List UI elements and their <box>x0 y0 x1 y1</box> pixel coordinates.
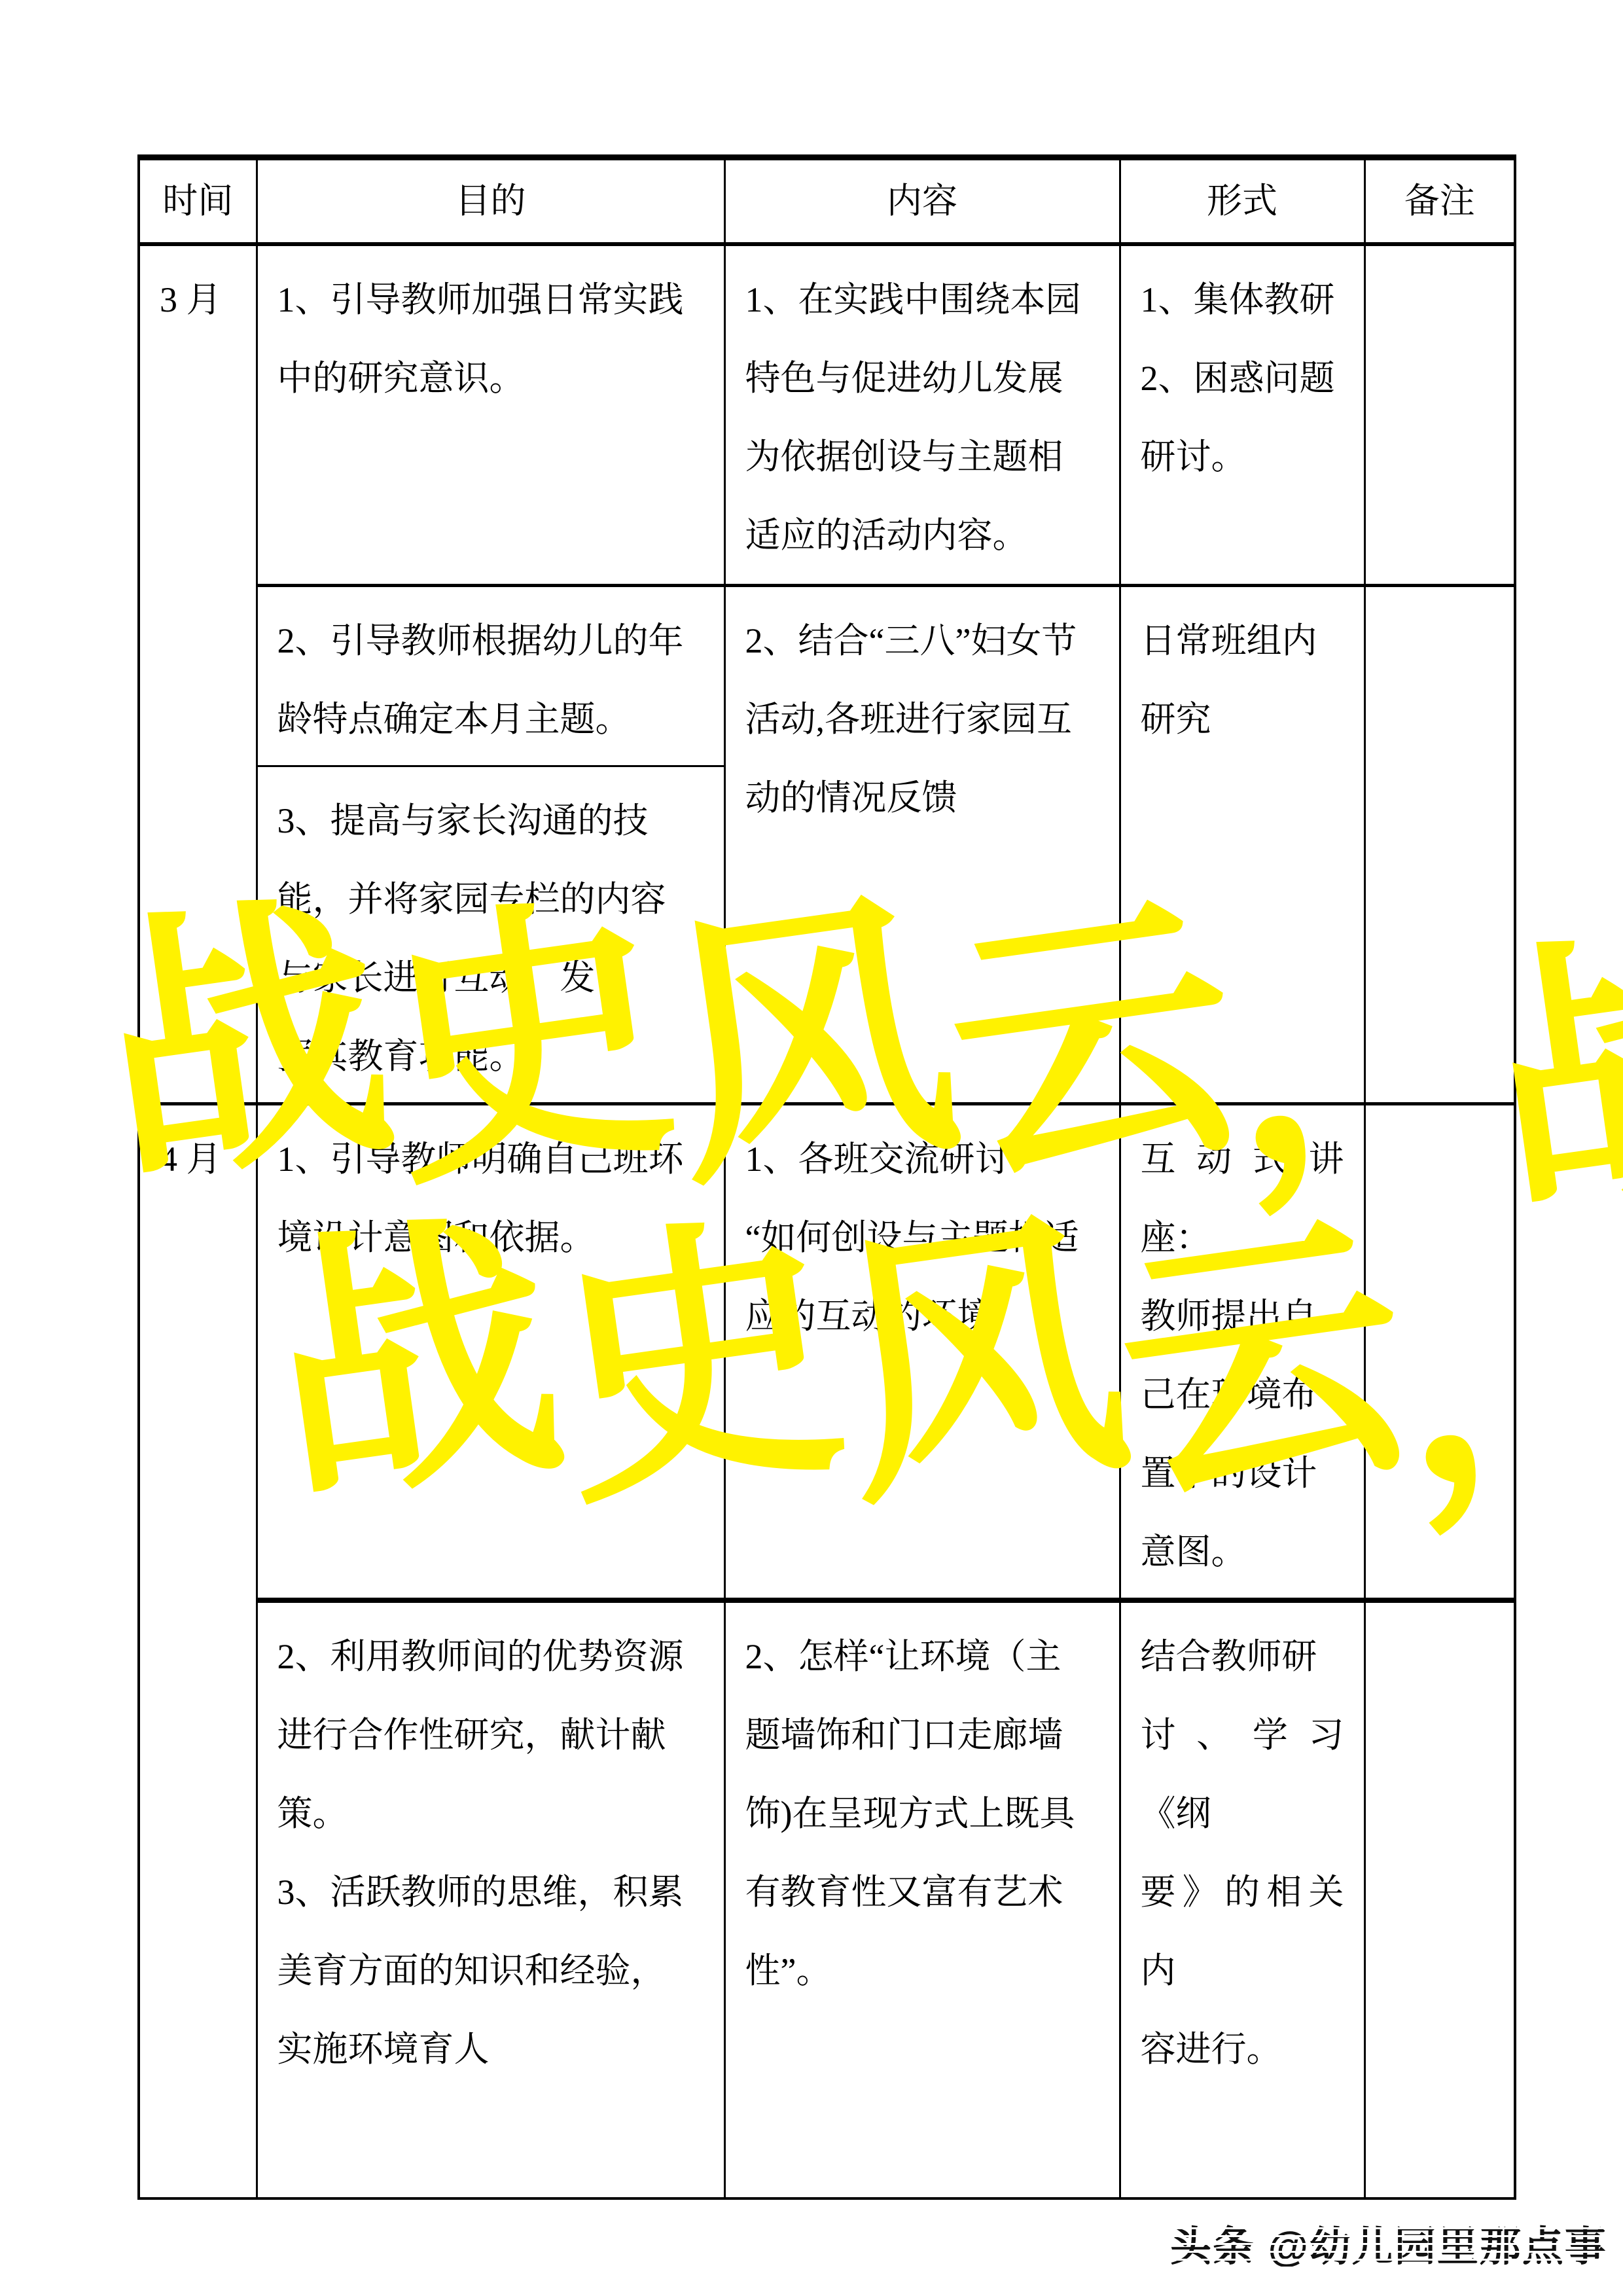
cell-march-purpose-2: 2、引导教师根据幼儿的年 龄特点确定本月主题。 <box>257 586 724 766</box>
header-note: 备注 <box>1364 158 1515 244</box>
cell-april-note-1 <box>1364 1104 1515 1601</box>
cell-march-form-1: 1、集体教研 2、困惑问题 研讨。 <box>1120 244 1364 586</box>
cell-march-purpose-3: 3、提高与家长沟通的技 能，并将家园专栏的内容 与家长进行互动，发 挥其教育功能… <box>257 766 724 1104</box>
cell-march-note-1 <box>1364 244 1515 586</box>
april-row-2: 2、利用教师间的优势资源 进行合作性研究，献计献 策。 3、活跃教师的思维，积累… <box>139 1600 1515 2198</box>
cell-march-content-2: 2、结合“三八”妇女节 活动,各班进行家园互 动的情况反馈 <box>724 586 1120 1104</box>
cell-april-form-2: 结合教师研 讨、学习《纲 要》的相关内 容进行。 <box>1120 1600 1364 2198</box>
cell-april-content-2: 2、怎样“让环境（主 题墙饰和门口走廊墙 饰)在呈现方式上既具 有教育性又富有艺… <box>724 1600 1120 2198</box>
march-row-1: 3 月 1、引导教师加强日常实践 中的研究意识。 1、在实践中围绕本园 特色与促… <box>139 244 1515 586</box>
cell-march-form-2: 日常班组内 研究 <box>1120 586 1364 1104</box>
credit-watermark: 头条 @幼儿园里那点事 <box>1170 2214 1607 2273</box>
cell-april-note-2 <box>1364 1600 1515 2198</box>
credit-text: 头条 @幼儿园里那点事 <box>1170 2224 1607 2270</box>
cell-april-form-1: 互动式讲座： 教师提出自 己在环境布 置中的设计 意图。 <box>1120 1104 1364 1601</box>
page: { "table": { "headers": ["时间", "目的", "内容… <box>0 0 1623 2296</box>
cell-april-content-1: 1、各班交流研讨 “如何创设与主题相适 应的互动的环境” <box>724 1104 1120 1601</box>
schedule-table: 时间 目的 内容 形式 备注 3 月 1、引导教师加强日常实践 中的研究意识。 … <box>137 154 1516 2200</box>
header-row: 时间 目的 内容 形式 备注 <box>139 158 1515 244</box>
cell-march-purpose-1: 1、引导教师加强日常实践 中的研究意识。 <box>257 244 724 586</box>
cell-april-purpose-2: 2、利用教师间的优势资源 进行合作性研究，献计献 策。 3、活跃教师的思维，积累… <box>257 1600 724 2198</box>
header-time: 时间 <box>139 158 257 244</box>
cell-april-purpose-1: 1、引导教师明确自己班环 境设计意图和依据。 <box>257 1104 724 1601</box>
april-row-1: 4 月 1、引导教师明确自己班环 境设计意图和依据。 1、各班交流研讨 “如何创… <box>139 1104 1515 1601</box>
time-label-march: 3 月 <box>139 244 257 1104</box>
header-purpose: 目的 <box>257 158 724 244</box>
header-content: 内容 <box>724 158 1120 244</box>
march-row-2a: 2、引导教师根据幼儿的年 龄特点确定本月主题。 2、结合“三八”妇女节 活动,各… <box>139 586 1515 766</box>
cell-march-content-1: 1、在实践中围绕本园 特色与促进幼儿发展 为依据创设与主题相 适应的活动内容。 <box>724 244 1120 586</box>
cell-march-note-2 <box>1364 586 1515 1104</box>
header-form: 形式 <box>1120 158 1364 244</box>
time-label-april: 4 月 <box>139 1104 257 2199</box>
